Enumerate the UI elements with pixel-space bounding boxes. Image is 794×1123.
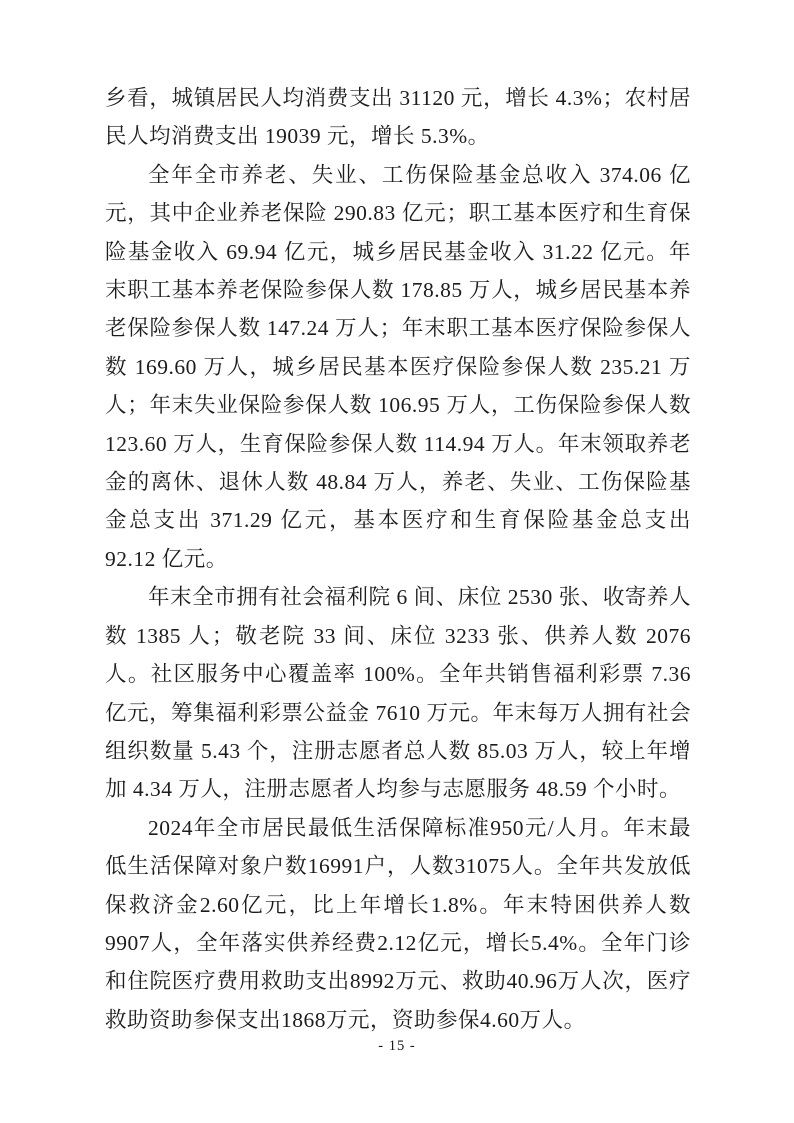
paragraph-minimum-living-allowance: 2024年全市居民最低生活保障标准950元/人月。年末最低生活保障对象户数169… — [105, 809, 691, 1039]
page-number: - 15 - — [378, 1038, 415, 1054]
paragraph-social-insurance: 全年全市养老、失业、工伤保险基金总收入 374.06 亿元，其中企业养老保险 2… — [105, 156, 691, 578]
document-body: 乡看，城镇居民人均消费支出 31120 元，增长 4.3%；农村居民人均消费支出… — [105, 79, 691, 1039]
page-footer: - 15 - — [0, 1038, 794, 1055]
paragraph-consumption-expenditure: 乡看，城镇居民人均消费支出 31120 元，增长 4.3%；农村居民人均消费支出… — [105, 79, 691, 156]
paragraph-social-welfare: 年末全市拥有社会福利院 6 间、床位 2530 张、收寄养人数 1385 人；敬… — [105, 578, 691, 808]
document-page: 乡看，城镇居民人均消费支出 31120 元，增长 4.3%；农村居民人均消费支出… — [0, 0, 794, 1123]
